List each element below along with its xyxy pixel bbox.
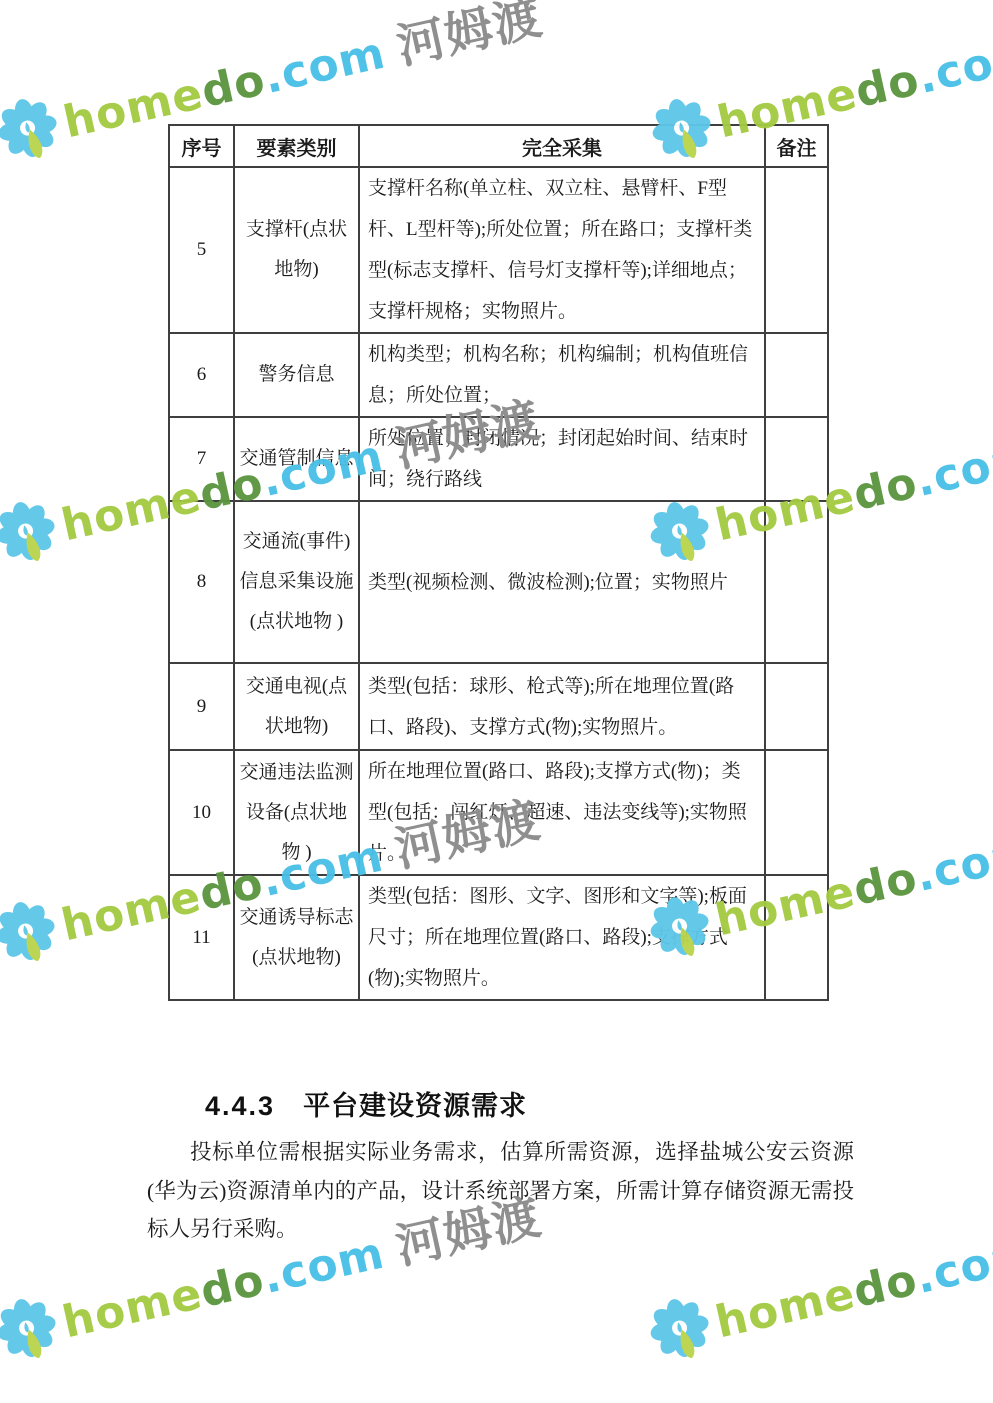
row-category-cell: 支撑杆(点状地物) <box>234 167 359 333</box>
table-row: 10 交通违法监测设备(点状地物 ) 所在地理位置(路口、路段);支撑方式(物)… <box>169 750 828 875</box>
homedo-flower-icon <box>0 1290 67 1373</box>
row-category-cell: 警务信息 <box>234 333 359 417</box>
row-number-cell: 5 <box>169 167 234 333</box>
table-row: 11 交通诱导标志 (点状地物) 类型(包括：图形、文字、图形和文字等);板面尺… <box>169 875 828 1000</box>
header-note: 备注 <box>765 125 828 167</box>
row-number-cell: 7 <box>169 417 234 501</box>
table-header: 序号 要素类别 完全采集 备注 <box>169 125 828 167</box>
homedo-flower-icon <box>0 893 66 976</box>
row-note-cell <box>765 663 828 750</box>
row-note-cell <box>765 501 828 663</box>
table-row: 6 警务信息 机构类型；机构名称；机构编制；机构值班信息；所处位置； <box>169 333 828 417</box>
row-collection-cell: 类型(视频检测、微波检测);位置；实物照片 <box>359 501 765 663</box>
homedo-flower-icon <box>640 1290 720 1373</box>
header-category: 要素类别 <box>234 125 359 167</box>
row-collection-cell: 类型(包括：球形、枪式等);所在地理位置(路口、路段)、支撑方式(物);实物照片… <box>359 663 765 750</box>
row-category-cell: 交通电视(点状地物) <box>234 663 359 750</box>
homedo-flower-icon <box>0 90 68 173</box>
row-category-cell: 交通流(事件)信息采集设施(点状地物 ) <box>234 501 359 663</box>
document-page: homedo.com河姆渡 homedo.com河姆渡 <box>0 0 993 1403</box>
row-category-cell: 交通管制信息 <box>234 417 359 501</box>
header-no: 序号 <box>169 125 234 167</box>
table-row: 5 支撑杆(点状地物) 支撑杆名称(单立柱、双立柱、悬臂杆、F型杆、L型杆等);… <box>169 167 828 333</box>
row-number-cell: 10 <box>169 750 234 875</box>
row-note-cell <box>765 167 828 333</box>
row-collection-cell: 类型(包括：图形、文字、图形和文字等);板面尺寸；所在地理位置(路口、路段);支… <box>359 875 765 1000</box>
row-collection-cell: 机构类型；机构名称；机构编制；机构值班信息；所处位置； <box>359 333 765 417</box>
row-category-cell: 交通诱导标志 (点状地物) <box>234 875 359 1000</box>
row-collection-cell: 支撑杆名称(单立柱、双立柱、悬臂杆、F型杆、L型杆等);所处位置；所在路口；支撑… <box>359 167 765 333</box>
header-collection: 完全采集 <box>359 125 765 167</box>
row-number-cell: 11 <box>169 875 234 1000</box>
section-title: 平台建设资源需求 <box>303 1091 527 1121</box>
row-collection-cell: 所在地理位置(路口、路段);支撑方式(物)；类型(包括：闯红灯、超速、违法变线等… <box>359 750 765 875</box>
row-note-cell <box>765 333 828 417</box>
table-row: 9 交通电视(点状地物) 类型(包括：球形、枪式等);所在地理位置(路口、路段)… <box>169 663 828 750</box>
row-collection-cell: 所处位置；封闭情况；封闭起始时间、结束时间；绕行路线 <box>359 417 765 501</box>
table-row: 8 交通流(事件)信息采集设施(点状地物 ) 类型(视频检测、微波检测);位置；… <box>169 501 828 663</box>
row-category-cell: 交通违法监测设备(点状地物 ) <box>234 750 359 875</box>
row-number-cell: 8 <box>169 501 234 663</box>
homedo-flower-icon <box>0 493 66 576</box>
row-note-cell <box>765 750 828 875</box>
row-number-cell: 9 <box>169 663 234 750</box>
element-collection-table: 序号 要素类别 完全采集 备注 5 支撑杆(点状地物) 支撑杆名称(单立柱、双立… <box>168 124 829 1001</box>
row-number-cell: 6 <box>169 333 234 417</box>
row-note-cell <box>765 875 828 1000</box>
section-number: 4.4.3 <box>205 1091 275 1121</box>
table-body: 5 支撑杆(点状地物) 支撑杆名称(单立柱、双立柱、悬臂杆、F型杆、L型杆等);… <box>169 167 828 1000</box>
section-heading: 4.4.3平台建设资源需求 <box>205 1084 527 1123</box>
table-row: 7 交通管制信息 所处位置；封闭情况；封闭起始时间、结束时间；绕行路线 <box>169 417 828 501</box>
body-paragraph: 投标单位需根据实际业务需求，估算所需资源，选择盐城公安云资源(华为云)资源清单内… <box>147 1133 854 1249</box>
row-note-cell <box>765 417 828 501</box>
